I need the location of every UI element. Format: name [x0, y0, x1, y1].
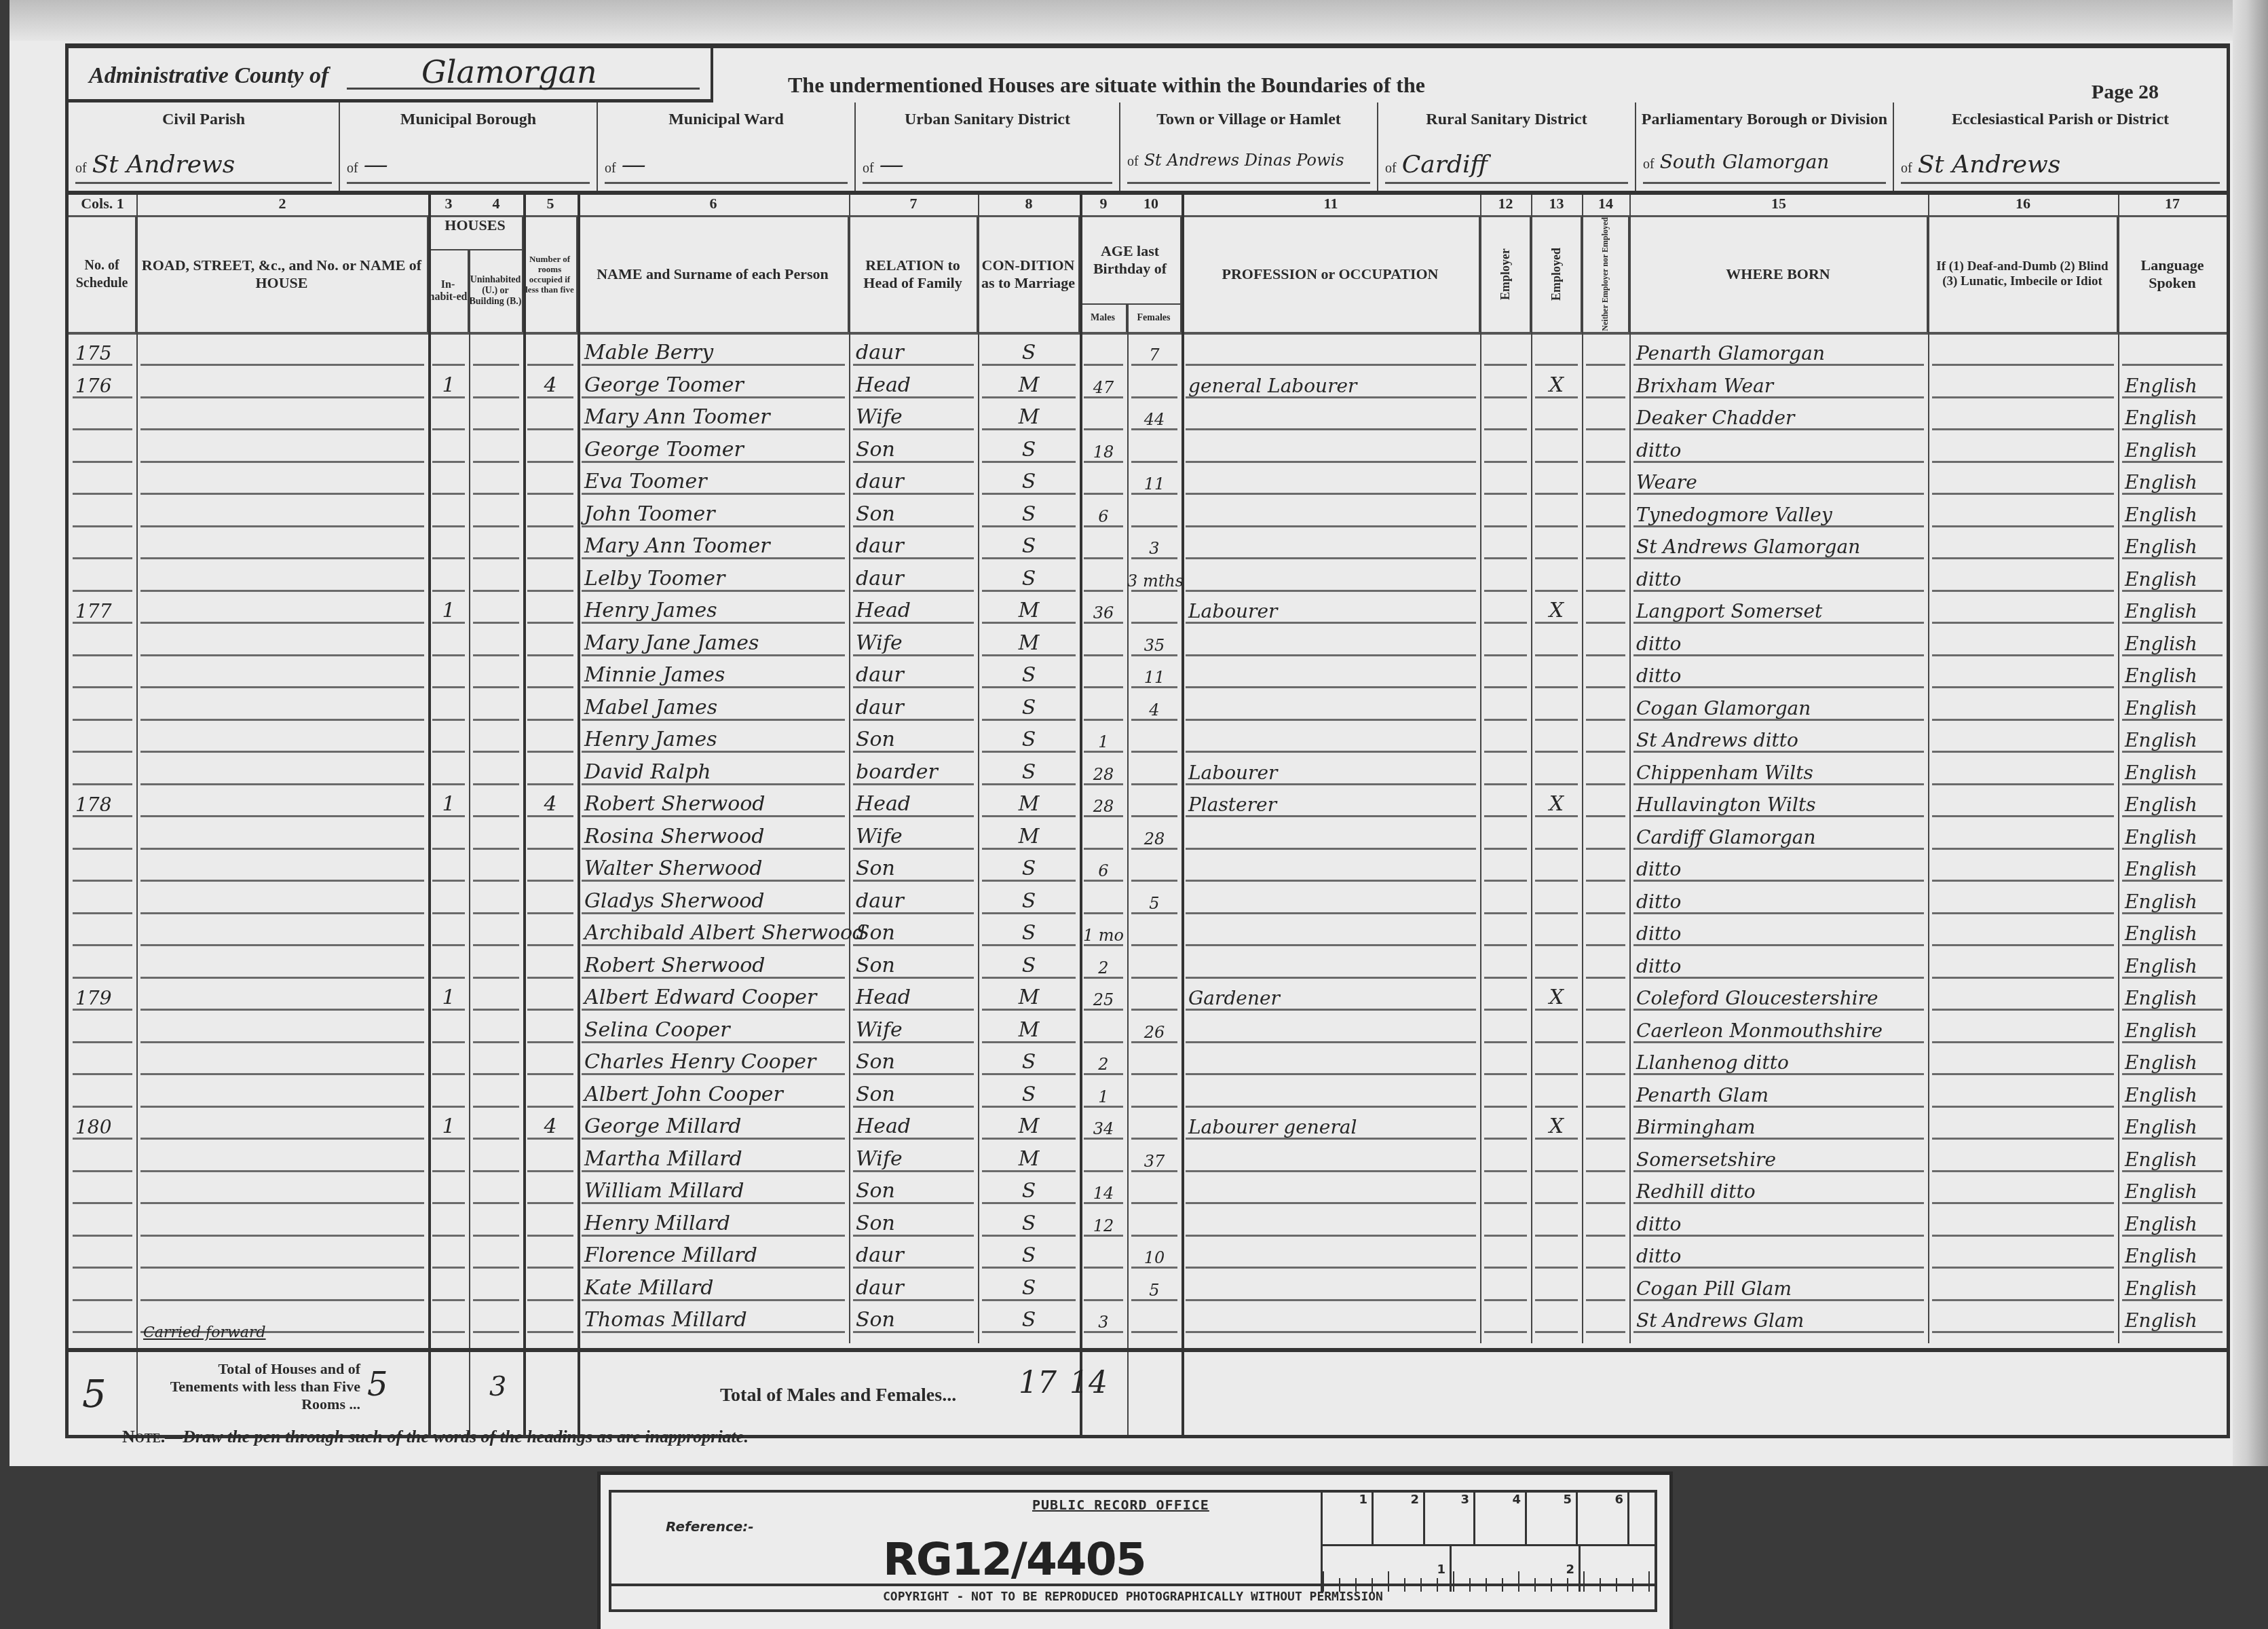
cell-occ: [1182, 1172, 1480, 1205]
cell-empty: [1582, 1011, 1629, 1045]
cm-mark: 2: [1374, 1493, 1425, 1544]
cell-empty: [469, 1236, 523, 1270]
cell-m-text: 18: [1080, 443, 1127, 462]
cell-lang-text: English: [2125, 697, 2197, 719]
cell-name: Robert Sherwood: [578, 785, 849, 819]
cell-rel-text: Son: [856, 954, 895, 977]
cell-name-text: Mary Jane James: [584, 631, 759, 655]
col-number: Cols. 1: [69, 195, 136, 212]
cell-empty: [136, 1236, 428, 1270]
cell-lang: English: [2118, 527, 2227, 561]
cell-empty: [1928, 527, 2118, 561]
cell-rooms: [523, 817, 578, 851]
cell-cond: S: [978, 849, 1080, 883]
cell-occ: [1182, 495, 1480, 529]
cell-empty: [469, 720, 523, 754]
cell-born-text: Cogan Pill Glam: [1636, 1277, 1792, 1300]
cell-lang: English: [2118, 1011, 2227, 1045]
cell-m: [1080, 1236, 1127, 1270]
cell-emp: [1531, 1300, 1582, 1334]
cell-lang: English: [2118, 1043, 2227, 1076]
cell-rel-text: daur: [856, 567, 904, 591]
cell-name: Martha Millard: [578, 1140, 849, 1174]
cell-rel: daur: [849, 1269, 978, 1303]
of-label: of: [1385, 161, 1397, 176]
cell-name-text: Robert Sherwood: [584, 792, 766, 816]
cell-rel: Head: [849, 785, 978, 819]
cell-empty: [136, 527, 428, 561]
cell-empty: [136, 978, 428, 1012]
cell-empty: [136, 753, 428, 787]
cell-lang-text: English: [2125, 568, 2197, 591]
cell-empty: [136, 946, 428, 980]
cell-occ: [1182, 1075, 1480, 1109]
district-value: St Andrews: [92, 151, 235, 179]
cell-empty: [1582, 978, 1629, 1012]
col-number: 12: [1480, 195, 1531, 212]
table-row: Mary Ann ToomerWifeM44Deaker ChadderEngl…: [69, 398, 2227, 432]
cell-rel: Son: [849, 1075, 978, 1109]
cell-cond: M: [978, 1140, 1080, 1174]
cell-lang: English: [2118, 946, 2227, 980]
cell-empty: [136, 656, 428, 690]
cell-empty: [469, 656, 523, 690]
cell-rooms: [523, 527, 578, 561]
cell-name-text: Henry James: [584, 599, 717, 622]
cell-emp: [1531, 527, 1582, 561]
cell-rooms: [523, 720, 578, 754]
cell-born: ditto: [1629, 1204, 1928, 1238]
cell-name-text: Henry Millard: [584, 1212, 730, 1235]
cell-empty: [1480, 849, 1531, 883]
cell-lang-text: English: [2125, 729, 2197, 751]
cell-name-text: Henry James: [584, 728, 717, 751]
cell-empty: [1582, 688, 1629, 722]
cell-f-text: 35: [1127, 636, 1182, 655]
cell-rel-text: Wife: [856, 1147, 903, 1171]
cell-empty: [136, 1269, 428, 1303]
col-number: 3: [428, 195, 469, 212]
cell-born-text: ditto: [1636, 633, 1681, 655]
district-municipal-ward: Municipal Ward of—: [598, 102, 856, 191]
cell-sched: [69, 656, 136, 690]
cell-cond-text: M: [978, 1147, 1080, 1171]
county-label: Administrative County of: [89, 63, 328, 89]
cell-rooms: [523, 1075, 578, 1109]
cell-emp: X: [1531, 785, 1582, 819]
cell-rel: Wife: [849, 1140, 978, 1174]
cell-f: [1127, 978, 1182, 1012]
col-number: 2: [136, 195, 428, 212]
cell-name-text: David Ralph: [584, 760, 711, 784]
cell-occ: [1182, 849, 1480, 883]
cell-empty: [136, 430, 428, 464]
cell-empty: [469, 946, 523, 980]
cell-rel-text: daur: [856, 889, 904, 913]
cell-rooms-text: 4: [523, 792, 578, 816]
cell-lang-text: English: [2125, 471, 2197, 493]
cell-rel: Son: [849, 1043, 978, 1076]
cell-occ: [1182, 688, 1480, 722]
cell-f: [1127, 1043, 1182, 1076]
cell-rooms: [523, 1043, 578, 1076]
cell-emp-text: X: [1531, 1115, 1582, 1138]
cell-rooms: 4: [523, 1107, 578, 1141]
cell-emp: [1531, 1204, 1582, 1238]
district-parliamentary: Parliamentary Borough or Division ofSout…: [1636, 102, 1894, 191]
cell-m: [1080, 688, 1127, 722]
cell-f: [1127, 753, 1182, 787]
cell-sched: [69, 946, 136, 980]
cell-occ-text: general Labourer: [1188, 375, 1357, 397]
cell-sched: [69, 882, 136, 916]
cell-sched: [69, 1011, 136, 1045]
cell-rel: Son: [849, 946, 978, 980]
cell-rel: daur: [849, 559, 978, 593]
district-value-field: ofSt Andrews: [75, 151, 332, 184]
cell-inh-text: 1: [428, 792, 469, 816]
cell-empty: [1928, 430, 2118, 464]
page-edge-shadow: [2233, 0, 2268, 1466]
header-employer: Employer: [1480, 217, 1531, 332]
cell-cond: M: [978, 1011, 1080, 1045]
district-title: Rural Sanitary District: [1378, 111, 1635, 129]
cell-inh: [428, 1236, 469, 1270]
cell-empty: [136, 1107, 428, 1141]
table-row: Minnie JamesdaurS11dittoEnglish: [69, 656, 2227, 690]
cell-rooms: [523, 430, 578, 464]
cell-born-text: St Andrews Glam: [1636, 1309, 1804, 1332]
header-males: Males: [1080, 305, 1127, 332]
cell-empty: [1928, 1204, 2118, 1238]
cell-name: Charles Henry Cooper: [578, 1043, 849, 1076]
table-row: 17814Robert SherwoodHeadM28PlastererXHul…: [69, 785, 2227, 819]
table-row: 18014George MillardHeadM34Labourer gener…: [69, 1107, 2227, 1141]
cell-born: Langport Somerset: [1629, 591, 1928, 625]
cell-cond: S: [978, 1204, 1080, 1238]
table-row: David RalphboarderS28LabourerChippenham …: [69, 753, 2227, 787]
cell-emp: [1531, 753, 1582, 787]
cell-born: ditto: [1629, 559, 1928, 593]
cell-rel-text: Head: [856, 599, 911, 622]
county-value: Glamorgan: [421, 54, 597, 90]
cell-name: Archibald Albert Sherwood: [578, 914, 849, 948]
cell-lang-text: English: [2125, 1309, 2197, 1332]
cell-m-text: 6: [1080, 861, 1127, 880]
cell-empty: [1928, 398, 2118, 432]
cell-name-text: Kate Millard: [584, 1276, 714, 1300]
cell-rel: daur: [849, 1236, 978, 1270]
reference-card-inner: PUBLIC RECORD OFFICE Reference:- RG12/44…: [609, 1490, 1657, 1612]
cell-empty: [469, 1011, 523, 1045]
cell-cond-text: S: [978, 728, 1080, 751]
cell-inh: [428, 656, 469, 690]
cell-born: Somersetshire: [1629, 1140, 1928, 1174]
cell-occ: [1182, 882, 1480, 916]
total-females: 14: [1070, 1366, 1108, 1400]
cell-f: 28: [1127, 817, 1182, 851]
cell-born-text: Coleford Gloucestershire: [1636, 987, 1878, 1009]
cell-name: Rosina Sherwood: [578, 817, 849, 851]
cell-f: [1127, 591, 1182, 625]
cell-f-text: 3 mths: [1127, 572, 1182, 591]
office-title: PUBLIC RECORD OFFICE: [1032, 1497, 1209, 1513]
cell-rooms: [523, 1011, 578, 1045]
cell-cond-text: M: [978, 631, 1080, 655]
cell-empty: [469, 1043, 523, 1076]
cell-m: 1: [1080, 1075, 1127, 1109]
cell-m: 6: [1080, 849, 1127, 883]
cell-empty: [1582, 624, 1629, 658]
cell-born: Cardiff Glamorgan: [1629, 817, 1928, 851]
header-where-born: WHERE BORN: [1629, 217, 1928, 332]
cell-f: [1127, 366, 1182, 400]
cell-inh: 1: [428, 1107, 469, 1141]
header-age: AGE last Birthday of: [1080, 217, 1182, 305]
cell-occ: Gardener: [1182, 978, 1480, 1012]
rule-line: [1535, 1331, 1578, 1333]
cell-name: Mary Jane James: [578, 624, 849, 658]
cell-empty: [1928, 1236, 2118, 1270]
cell-cond: S: [978, 430, 1080, 464]
cell-rooms: [523, 1204, 578, 1238]
cell-rel: daur: [849, 527, 978, 561]
cell-m: [1080, 817, 1127, 851]
district-title: Municipal Borough: [340, 111, 597, 129]
cell-lang-text: English: [2125, 922, 2197, 945]
cell-empty: [136, 398, 428, 432]
cell-m: 3: [1080, 1300, 1127, 1334]
cell-empty: [1480, 1011, 1531, 1045]
cell-rel-text: Wife: [856, 1018, 903, 1042]
cell-m-text: 36: [1080, 603, 1127, 622]
cell-m: 1 mo: [1080, 914, 1127, 948]
of-label: of: [1643, 157, 1655, 172]
cell-empty: [469, 333, 523, 367]
cell-inh: [428, 495, 469, 529]
total-schedules: 5: [82, 1372, 107, 1417]
cell-sched: [69, 1140, 136, 1174]
note-prefix: Note.: [122, 1427, 165, 1446]
column-headers: No. of Schedule ROAD, STREET, &c., and N…: [69, 217, 2227, 335]
col-number: 9: [1080, 195, 1127, 212]
cell-f: 5: [1127, 882, 1182, 916]
cell-f: [1127, 1300, 1182, 1334]
cell-m-text: 28: [1080, 797, 1127, 816]
cell-empty: [469, 430, 523, 464]
col-number: 6: [578, 195, 849, 212]
cell-name: Mabel James: [578, 688, 849, 722]
cell-sched: 178: [69, 785, 136, 819]
cell-empty: [136, 1204, 428, 1238]
cell-sched: 176: [69, 366, 136, 400]
col-number: 17: [2118, 195, 2227, 212]
cell-inh-text: 1: [428, 599, 469, 622]
cell-emp: [1531, 1269, 1582, 1303]
cell-rooms: [523, 656, 578, 690]
cell-empty: [469, 785, 523, 819]
cell-born-text: ditto: [1636, 568, 1681, 591]
cell-cond: S: [978, 753, 1080, 787]
cell-sched: [69, 1172, 136, 1205]
cell-rooms: [523, 1269, 578, 1303]
cell-sched: [69, 914, 136, 948]
cell-empty: [1928, 1107, 2118, 1141]
cell-occ-text: Labourer general: [1188, 1116, 1357, 1138]
cell-empty: [1480, 946, 1531, 980]
cell-empty: [136, 849, 428, 883]
cell-m: [1080, 559, 1127, 593]
col-number: 5: [523, 195, 578, 212]
cell-sched: [69, 720, 136, 754]
cell-sched: [69, 849, 136, 883]
cell-cond-text: M: [978, 825, 1080, 848]
cell-empty: [1582, 559, 1629, 593]
boundaries-banner: The undermentioned Houses are situate wi…: [788, 73, 1425, 98]
cell-born: Tynedogmore Valley: [1629, 495, 1928, 529]
cell-empty: [469, 398, 523, 432]
cell-inh: [428, 688, 469, 722]
cell-born: Cogan Pill Glam: [1629, 1269, 1928, 1303]
cell-empty: [1480, 527, 1531, 561]
cell-name-text: Albert Edward Cooper: [584, 986, 816, 1009]
cell-lang-text: English: [2125, 1148, 2197, 1171]
cell-empty: [1928, 882, 2118, 916]
cell-sched: 179: [69, 978, 136, 1012]
cell-empty: [1480, 559, 1531, 593]
cell-empty: [469, 914, 523, 948]
header-language: Language Spoken: [2118, 217, 2227, 332]
cell-empty: [1582, 1043, 1629, 1076]
cell-lang-text: English: [2125, 504, 2197, 526]
cell-name: Walter Sherwood: [578, 849, 849, 883]
cell-occ: [1182, 1300, 1480, 1334]
cell-empty: [1480, 430, 1531, 464]
cell-name: Mable Berry: [578, 333, 849, 367]
cm-mark: 1: [1323, 1493, 1374, 1544]
cell-inh-text: 1: [428, 373, 469, 397]
cell-cond: S: [978, 1172, 1080, 1205]
cell-born-text: Caerleon Monmouthshire: [1636, 1019, 1883, 1042]
cell-lang-text: English: [2125, 793, 2197, 816]
cell-name-text: Selina Cooper: [584, 1018, 730, 1042]
cell-empty: [469, 978, 523, 1012]
cell-rel-text: Head: [856, 986, 911, 1009]
cell-cond: S: [978, 1043, 1080, 1076]
column-numbers: Cols. 1 2 3 4 5 6 7 8 9 10 11 12 13 14 1…: [69, 195, 2227, 217]
cell-occ: [1182, 946, 1480, 980]
district-town-village: Town or Village or Hamlet ofSt Andrews D…: [1120, 102, 1378, 191]
scale-ruler: 1 2 3 4 5 6 1 2: [1321, 1493, 1657, 1592]
cell-empty: [1582, 1172, 1629, 1205]
cell-occ-text: Gardener: [1188, 987, 1280, 1009]
cell-inh: [428, 462, 469, 496]
cell-rel: daur: [849, 882, 978, 916]
cell-name: Albert John Cooper: [578, 1075, 849, 1109]
cell-empty: [136, 591, 428, 625]
cell-empty: [1928, 1011, 2118, 1045]
cell-born-text: ditto: [1636, 1213, 1681, 1235]
cell-name-text: Walter Sherwood: [584, 857, 762, 880]
table-row: 1791Albert Edward CooperHeadM25GardenerX…: [69, 978, 2227, 1012]
cell-empty: [136, 882, 428, 916]
cell-sched: [69, 753, 136, 787]
cell-m: [1080, 624, 1127, 658]
cell-empty: [136, 914, 428, 948]
cell-lang-text: English: [2125, 407, 2197, 429]
cell-empty: [469, 1269, 523, 1303]
cell-empty: [1480, 1107, 1531, 1141]
cell-occ: [1182, 559, 1480, 593]
cell-lang: English: [2118, 914, 2227, 948]
cell-f: [1127, 1075, 1182, 1109]
cell-f-text: 10: [1127, 1248, 1182, 1267]
cell-empty: [1480, 1140, 1531, 1174]
of-label: of: [347, 161, 358, 176]
table-row: Henry JamesSonS1St Andrews dittoEnglish: [69, 720, 2227, 754]
cell-lang-text: English: [2125, 439, 2197, 462]
cell-inh: [428, 430, 469, 464]
table-row: Gladys SherwooddaurS5dittoEnglish: [69, 882, 2227, 916]
total-houses-label: Total of Houses and of Tenements with le…: [157, 1360, 360, 1413]
district-value: —: [364, 151, 388, 179]
cell-lang-text: English: [2125, 1277, 2197, 1300]
cell-inh: 1: [428, 366, 469, 400]
cell-m-text: 3: [1080, 1313, 1127, 1332]
cell-name: William Millard: [578, 1172, 849, 1205]
cell-born-text: St Andrews ditto: [1636, 729, 1798, 751]
cell-f: 3: [1127, 527, 1182, 561]
cell-emp-text: X: [1531, 599, 1582, 622]
cell-m-text: 25: [1080, 990, 1127, 1009]
cell-occ: [1182, 914, 1480, 948]
cell-empty: [1928, 1043, 2118, 1076]
cell-emp: [1531, 849, 1582, 883]
cell-sched: [69, 495, 136, 529]
cell-lang: English: [2118, 366, 2227, 400]
cell-rooms: [523, 849, 578, 883]
cell-born: Penarth Glam: [1629, 1075, 1928, 1109]
header-neither: Neither Employer nor Employed: [1582, 217, 1629, 332]
cell-inh: [428, 914, 469, 948]
cell-rooms: [523, 559, 578, 593]
cell-lang: English: [2118, 849, 2227, 883]
district-title: Ecclesiastical Parish or District: [1894, 111, 2227, 129]
total-males: 17: [1019, 1366, 1057, 1400]
cell-sched-text: 180: [75, 1116, 111, 1138]
table-row: Albert John CooperSonS1Penarth GlamEngli…: [69, 1075, 2227, 1109]
cell-cond: S: [978, 882, 1080, 916]
table-row: Lelby ToomerdaurS3 mthsdittoEnglish: [69, 559, 2227, 593]
cell-f-text: 7: [1127, 345, 1182, 364]
cell-born: St Andrews Glamorgan: [1629, 527, 1928, 561]
cell-born-text: Penarth Glam: [1636, 1084, 1769, 1106]
cell-empty: [1480, 1269, 1531, 1303]
cell-cond-text: S: [978, 534, 1080, 558]
cm-mark: 5: [1527, 1493, 1578, 1544]
cell-cond-text: S: [978, 567, 1080, 591]
cell-empty: [136, 720, 428, 754]
cell-born: ditto: [1629, 946, 1928, 980]
table-row: Eva ToomerdaurS11WeareEnglish: [69, 462, 2227, 496]
cm-mark: 4: [1475, 1493, 1527, 1544]
cell-empty: [1582, 753, 1629, 787]
cell-f-text: 4: [1127, 700, 1182, 719]
cell-lang: English: [2118, 656, 2227, 690]
cell-empty: [469, 849, 523, 883]
cell-born-text: Brixham Wear: [1636, 375, 1773, 397]
cell-born: Weare: [1629, 462, 1928, 496]
